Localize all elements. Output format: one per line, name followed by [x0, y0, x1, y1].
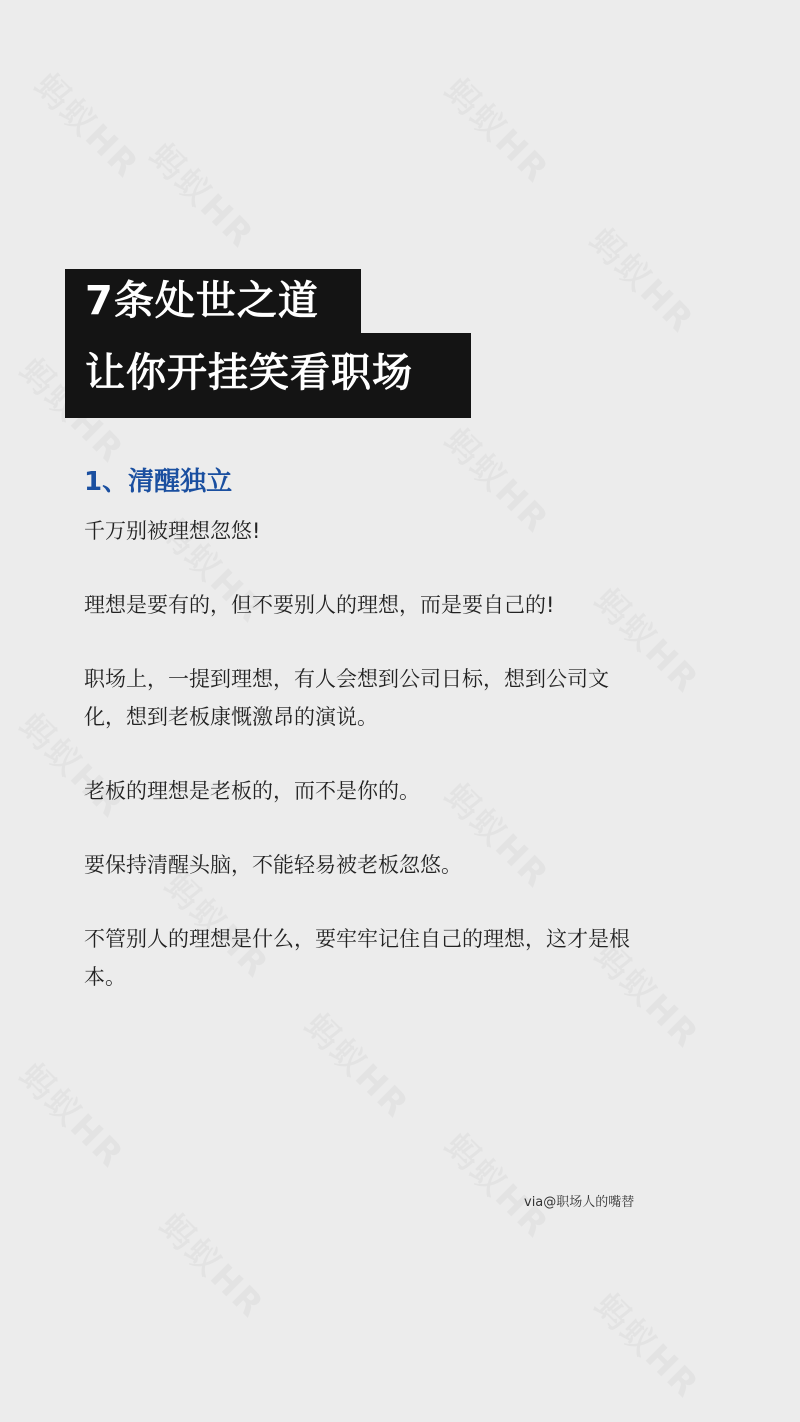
watermark-text: 蚂蚁HR: [150, 1200, 277, 1327]
section-body: 千万别被理想忽悠! 理想是要有的，但不要别人的理想，而是要自己的! 职场上，一提…: [84, 512, 644, 1032]
title-line-2: 让你开挂笑看职场: [65, 333, 471, 418]
source-credit: via@职场人的嘴替: [524, 1194, 634, 1212]
section-heading: 1、清醒独立: [84, 462, 232, 502]
title-line-1: 7条处世之道: [65, 269, 361, 333]
watermark-text: 蚂蚁HR: [435, 1120, 562, 1247]
paragraph: 职场上，一提到理想，有人会想到公司日标，想到公司文化，想到老板康慨激昂的演说。: [84, 660, 644, 736]
watermark-text: 蚂蚁HR: [435, 65, 562, 192]
watermark-text: 蚂蚁HR: [580, 215, 707, 342]
title-block: 7条处世之道 让你开挂笑看职场: [65, 269, 471, 418]
paragraph: 理想是要有的，但不要别人的理想，而是要自己的!: [84, 586, 644, 624]
watermark-text: 蚂蚁HR: [10, 1050, 137, 1177]
watermark-text: 蚂蚁HR: [585, 1280, 712, 1407]
paragraph: 不管别人的理想是什么，要牢牢记住自己的理想，这才是根本。: [84, 920, 644, 996]
watermark-text: 蚂蚁HR: [140, 130, 267, 257]
paragraph: 老板的理想是老板的，而不是你的。: [84, 772, 644, 810]
watermark-text: 蚂蚁HR: [25, 60, 152, 187]
paragraph: 要保持清醒头脑，不能轻易被老板忽悠。: [84, 846, 644, 884]
paragraph: 千万别被理想忽悠!: [84, 512, 644, 550]
